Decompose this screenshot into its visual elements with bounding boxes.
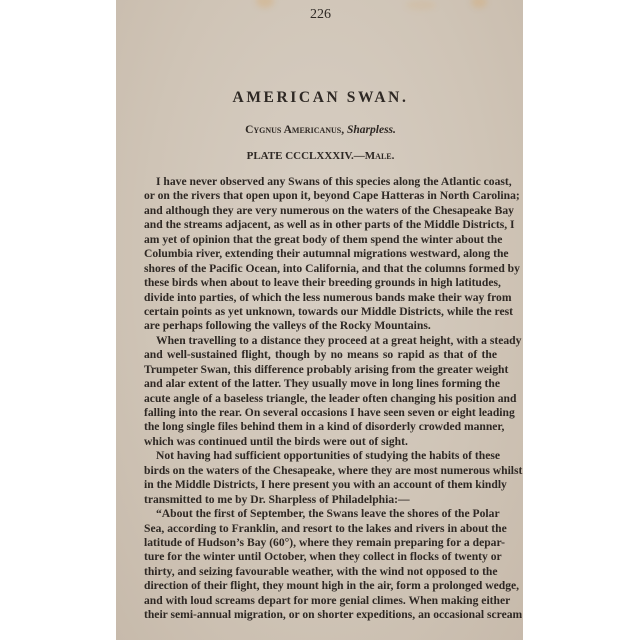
text-line: and with loud screams depart for more ge… xyxy=(144,594,497,608)
text-line: direction of their flight, they mount hi… xyxy=(144,579,497,593)
text-line: am yet of opinion that the great body of… xyxy=(144,233,497,247)
text-line: thirty, and seizing favourable weather, … xyxy=(144,565,497,579)
text-line: Sea, according to Franklin, and resort t… xyxy=(144,522,497,536)
latin-species: Cygnus Americanus xyxy=(245,124,341,136)
text-line: divide into parties, of which the less n… xyxy=(144,291,497,305)
text-line: latitude of Hudson’s Bay (60°), where th… xyxy=(144,536,497,550)
text-line: Not having had sufficient opportunities … xyxy=(144,449,497,463)
paragraph-2: When travelling to a distance they proce… xyxy=(144,334,497,450)
text-line: their semi-annual migration, or on short… xyxy=(144,608,497,622)
book-page: 226 AMERICAN SWAN. Cygnus Americanus, Sh… xyxy=(116,0,523,640)
text-line: “About the first of September, the Swans… xyxy=(144,507,497,521)
body-text: I have never observed any Swans of this … xyxy=(144,175,497,623)
text-line: which was continued until the birds were… xyxy=(144,435,497,449)
text-line: falling into the rear. On several occasi… xyxy=(144,406,497,420)
paragraph-3: Not having had sufficient opportunities … xyxy=(144,449,497,507)
text-line: the long single files behind them in a k… xyxy=(144,420,497,434)
text-line: ture for the winter until October, when … xyxy=(144,550,497,564)
text-line: or on the rivers that open upon it, beyo… xyxy=(144,189,497,203)
text-line: these birds when about to leave their br… xyxy=(144,276,497,290)
text-line: Columbia river, extending their autumnal… xyxy=(144,247,497,261)
plate-label: PLATE CCCLXXXIV.— xyxy=(247,150,365,162)
text-line: birds on the waters of the Chesapeake, w… xyxy=(144,464,497,478)
paragraph-1: I have never observed any Swans of this … xyxy=(144,175,497,334)
latin-author: Sharpless. xyxy=(347,124,396,136)
text-line: Trumpeter Swan, this difference probably… xyxy=(144,363,497,377)
text-line: are perhaps following the valleys of the… xyxy=(144,319,497,333)
text-line: and although they are very numerous on t… xyxy=(144,204,497,218)
text-line: and well-sustained flight, though by no … xyxy=(144,348,497,362)
text-line: transmitted to me by Dr. Sharpless of Ph… xyxy=(144,493,497,507)
text-line: in the Middle Districts, I here present … xyxy=(144,478,497,492)
plate-sex: Male. xyxy=(365,150,395,162)
text-line: I have never observed any Swans of this … xyxy=(144,175,497,189)
latin-name: Cygnus Americanus, Sharpless. xyxy=(144,124,497,136)
page-number: 226 xyxy=(144,7,497,23)
text-line: shores of the Pacific Ocean, into Califo… xyxy=(144,262,497,276)
text-line: certain points as yet unknown, towards o… xyxy=(144,305,497,319)
paragraph-4: “About the first of September, the Swans… xyxy=(144,507,497,623)
page-title: AMERICAN SWAN. xyxy=(144,89,497,107)
text-line: When travelling to a distance they proce… xyxy=(144,334,497,348)
text-line: and the streams adjacent, as well as in … xyxy=(144,218,497,232)
text-line: and alar extent of the latter. They usua… xyxy=(144,377,497,391)
text-line: acute angle of a baseless triangle, the … xyxy=(144,392,497,406)
plate-caption: PLATE CCCLXXXIV.—Male. xyxy=(144,150,497,162)
